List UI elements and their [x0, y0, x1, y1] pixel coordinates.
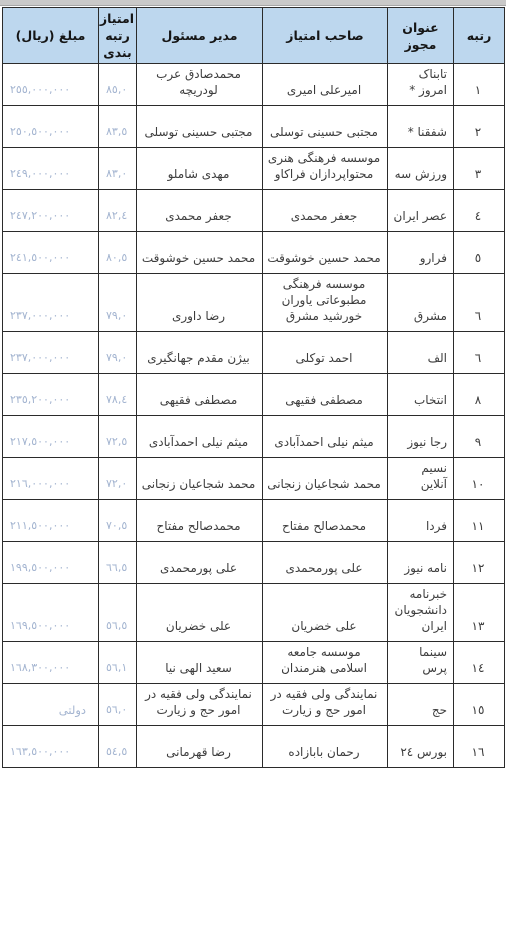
cell-ranking-score: ٧٢,٠	[99, 458, 137, 500]
cell-ranking-score: ٨٣,٠	[99, 148, 137, 190]
cell-rank: ٦	[454, 332, 505, 374]
table-row: ٢ شفقنا * مجتبی حسینی توسلی مجتبی حسینی …	[3, 106, 505, 148]
cell-ranking-score: ٥٦,١	[99, 642, 137, 684]
table-row: ٨ انتخاب مصطفی فقیهی مصطفی فقیهی ٧٨,٤ ٢٣…	[3, 374, 505, 416]
cell-license-holder: مجتبی حسینی توسلی	[263, 106, 388, 148]
table-row: ٩ رجا نیوز میثم نیلی احمدآبادی میثم نیلی…	[3, 416, 505, 458]
cell-license-title: حج	[388, 684, 454, 726]
cell-rank: ٦	[454, 274, 505, 332]
table-row: ٦ الف احمد توکلی بیژن مقدم جهانگیری ٧٩,٠…	[3, 332, 505, 374]
cell-managing-director: مجتبی حسینی توسلی	[137, 106, 263, 148]
cell-ranking-score: ٧٩,٠	[99, 274, 137, 332]
cell-ranking-score: ٥٦,٠	[99, 684, 137, 726]
table-row: ١٤ سینما پرس موسسه جامعه اسلامی هنرمندان…	[3, 642, 505, 684]
cell-amount: ٢٤١,٥٠٠,٠٠٠	[3, 232, 99, 274]
cell-ranking-score: ٨٠,٥	[99, 232, 137, 274]
cell-license-title: عصر ایران	[388, 190, 454, 232]
cell-license-title: فردا	[388, 500, 454, 542]
table-header-row: رتبه عنوان مجوز صاحب امتیاز مدیر مسئول ا…	[3, 8, 505, 64]
cell-managing-director: مصطفی فقیهی	[137, 374, 263, 416]
cell-amount: ١٦٨,٣٠٠,٠٠٠	[3, 642, 99, 684]
table-row: ١٦ بورس ٢٤ رحمان بابازاده رضا قهرمانی ٥٤…	[3, 726, 505, 768]
window-top-edge	[0, 0, 506, 6]
cell-amount: دولتی	[3, 684, 99, 726]
cell-rank: ١١	[454, 500, 505, 542]
cell-managing-director: سعید الهی نیا	[137, 642, 263, 684]
cell-license-holder: محمد شجاعیان زنجانی	[263, 458, 388, 500]
cell-license-holder: نمایندگی ولی فقیه در امور حج و زیارت	[263, 684, 388, 726]
cell-ranking-score: ٨٢,٤	[99, 190, 137, 232]
cell-ranking-score: ٨٣,٥	[99, 106, 137, 148]
cell-license-title: الف	[388, 332, 454, 374]
cell-license-title: نسیم آنلاین	[388, 458, 454, 500]
cell-license-title: ورزش سه	[388, 148, 454, 190]
cell-rank: ١٠	[454, 458, 505, 500]
cell-amount: ٢٣٥,٢٠٠,٠٠٠	[3, 374, 99, 416]
cell-license-title: فرارو	[388, 232, 454, 274]
cell-managing-director: جعفر محمدی	[137, 190, 263, 232]
cell-license-title: انتخاب	[388, 374, 454, 416]
cell-license-holder: موسسه جامعه اسلامی هنرمندان	[263, 642, 388, 684]
cell-rank: ٩	[454, 416, 505, 458]
cell-license-holder: میثم نیلی احمدآبادی	[263, 416, 388, 458]
cell-amount: ١٦٩,٥٠٠,٠٠٠	[3, 584, 99, 642]
cell-amount: ٢٤٧,٢٠٠,٠٠٠	[3, 190, 99, 232]
cell-rank: ٣	[454, 148, 505, 190]
column-header-license-title: عنوان مجوز	[388, 8, 454, 64]
cell-license-title: شفقنا *	[388, 106, 454, 148]
table-row: ١١ فردا محمدصالح مفتاح محمدصالح مفتاح ٧٠…	[3, 500, 505, 542]
cell-managing-director: رضا قهرمانی	[137, 726, 263, 768]
cell-license-holder: محمد حسین خوشوقت	[263, 232, 388, 274]
news-sites-ranking-table: رتبه عنوان مجوز صاحب امتیاز مدیر مسئول ا…	[2, 7, 505, 768]
cell-license-holder: محمدصالح مفتاح	[263, 500, 388, 542]
cell-managing-director: مهدی شاملو	[137, 148, 263, 190]
column-header-rank: رتبه	[454, 8, 505, 64]
cell-rank: ١٣	[454, 584, 505, 642]
cell-rank: ١٦	[454, 726, 505, 768]
cell-ranking-score: ٨٥,٠	[99, 64, 137, 106]
cell-rank: ٤	[454, 190, 505, 232]
cell-ranking-score: ٧٢,٥	[99, 416, 137, 458]
cell-license-holder: علی خضریان	[263, 584, 388, 642]
column-header-managing-director: مدیر مسئول	[137, 8, 263, 64]
cell-rank: ١٥	[454, 684, 505, 726]
cell-amount: ١٦٣,٥٠٠,٠٠٠	[3, 726, 99, 768]
cell-license-holder: احمد توکلی	[263, 332, 388, 374]
table-row: ٦ مشرق موسسه فرهنگی مطبوعاتی یاوران خورش…	[3, 274, 505, 332]
cell-rank: ١	[454, 64, 505, 106]
table-row: ٤ عصر ایران جعفر محمدی جعفر محمدی ٨٢,٤ ٢…	[3, 190, 505, 232]
cell-managing-director: محمدصادق عرب لودریچه	[137, 64, 263, 106]
table-row: ٣ ورزش سه موسسه فرهنگی هنری محتواپردازان…	[3, 148, 505, 190]
cell-amount: ٢٥٠,٥٠٠,٠٠٠	[3, 106, 99, 148]
cell-amount: ٢٥٥,٠٠٠,٠٠٠	[3, 64, 99, 106]
column-header-ranking-score: امتیاز رتبه بندی	[99, 8, 137, 64]
cell-amount: ٢١١,٥٠٠,٠٠٠	[3, 500, 99, 542]
cell-rank: ١٢	[454, 542, 505, 584]
column-header-amount-rial: مبلغ (ریال)	[3, 8, 99, 64]
column-header-license-holder: صاحب امتیاز	[263, 8, 388, 64]
cell-license-holder: مصطفی فقیهی	[263, 374, 388, 416]
cell-amount: ٢١٧,٥٠٠,٠٠٠	[3, 416, 99, 458]
cell-managing-director: محمدصالح مفتاح	[137, 500, 263, 542]
cell-license-holder: موسسه فرهنگی هنری محتواپردازان فراکاو	[263, 148, 388, 190]
cell-ranking-score: ٧٠,٥	[99, 500, 137, 542]
cell-rank: ٥	[454, 232, 505, 274]
cell-amount: ٢١٦,٠٠٠,٠٠٠	[3, 458, 99, 500]
table-row: ٥ فرارو محمد حسین خوشوقت محمد حسین خوشوق…	[3, 232, 505, 274]
cell-license-title: مشرق	[388, 274, 454, 332]
cell-license-holder: موسسه فرهنگی مطبوعاتی یاوران خورشید مشرق	[263, 274, 388, 332]
cell-license-title: بورس ٢٤	[388, 726, 454, 768]
table-row: ١٣ خبرنامه دانشجویان ایران علی خضریان عل…	[3, 584, 505, 642]
cell-license-title: رجا نیوز	[388, 416, 454, 458]
cell-managing-director: نمایندگی ولی فقیه در امور حج و زیارت	[137, 684, 263, 726]
cell-license-title: سینما پرس	[388, 642, 454, 684]
cell-rank: ٨	[454, 374, 505, 416]
cell-rank: ١٤	[454, 642, 505, 684]
table-row: ١٢ نامه نیوز علی پورمحمدی علی پورمحمدی ٦…	[3, 542, 505, 584]
table-row: ١ تابناک امروز * امیرعلی امیری محمدصادق …	[3, 64, 505, 106]
cell-license-holder: جعفر محمدی	[263, 190, 388, 232]
cell-amount: ٢٣٧,٠٠٠,٠٠٠	[3, 274, 99, 332]
cell-managing-director: بیژن مقدم جهانگیری	[137, 332, 263, 374]
table-row: ١٠ نسیم آنلاین محمد شجاعیان زنجانی محمد …	[3, 458, 505, 500]
cell-managing-director: میثم نیلی احمدآبادی	[137, 416, 263, 458]
cell-license-title: تابناک امروز *	[388, 64, 454, 106]
cell-amount: ١٩٩,٥٠٠,٠٠٠	[3, 542, 99, 584]
cell-ranking-score: ٧٩,٠	[99, 332, 137, 374]
cell-license-holder: رحمان بابازاده	[263, 726, 388, 768]
cell-ranking-score: ٦٦,٥	[99, 542, 137, 584]
cell-managing-director: علی خضریان	[137, 584, 263, 642]
cell-ranking-score: ٥٤,٥	[99, 726, 137, 768]
cell-amount: ٢٣٧,٠٠٠,٠٠٠	[3, 332, 99, 374]
cell-managing-director: محمد شجاعیان زنجانی	[137, 458, 263, 500]
cell-managing-director: رضا داوری	[137, 274, 263, 332]
cell-license-title: نامه نیوز	[388, 542, 454, 584]
cell-license-holder: علی پورمحمدی	[263, 542, 388, 584]
cell-ranking-score: ٥٦,٥	[99, 584, 137, 642]
cell-ranking-score: ٧٨,٤	[99, 374, 137, 416]
cell-managing-director: محمد حسین خوشوقت	[137, 232, 263, 274]
cell-amount: ٢٤٩,٠٠٠,٠٠٠	[3, 148, 99, 190]
cell-license-title: خبرنامه دانشجویان ایران	[388, 584, 454, 642]
cell-managing-director: علی پورمحمدی	[137, 542, 263, 584]
table-row: ١٥ حج نمایندگی ولی فقیه در امور حج و زیا…	[3, 684, 505, 726]
cell-license-holder: امیرعلی امیری	[263, 64, 388, 106]
cell-rank: ٢	[454, 106, 505, 148]
